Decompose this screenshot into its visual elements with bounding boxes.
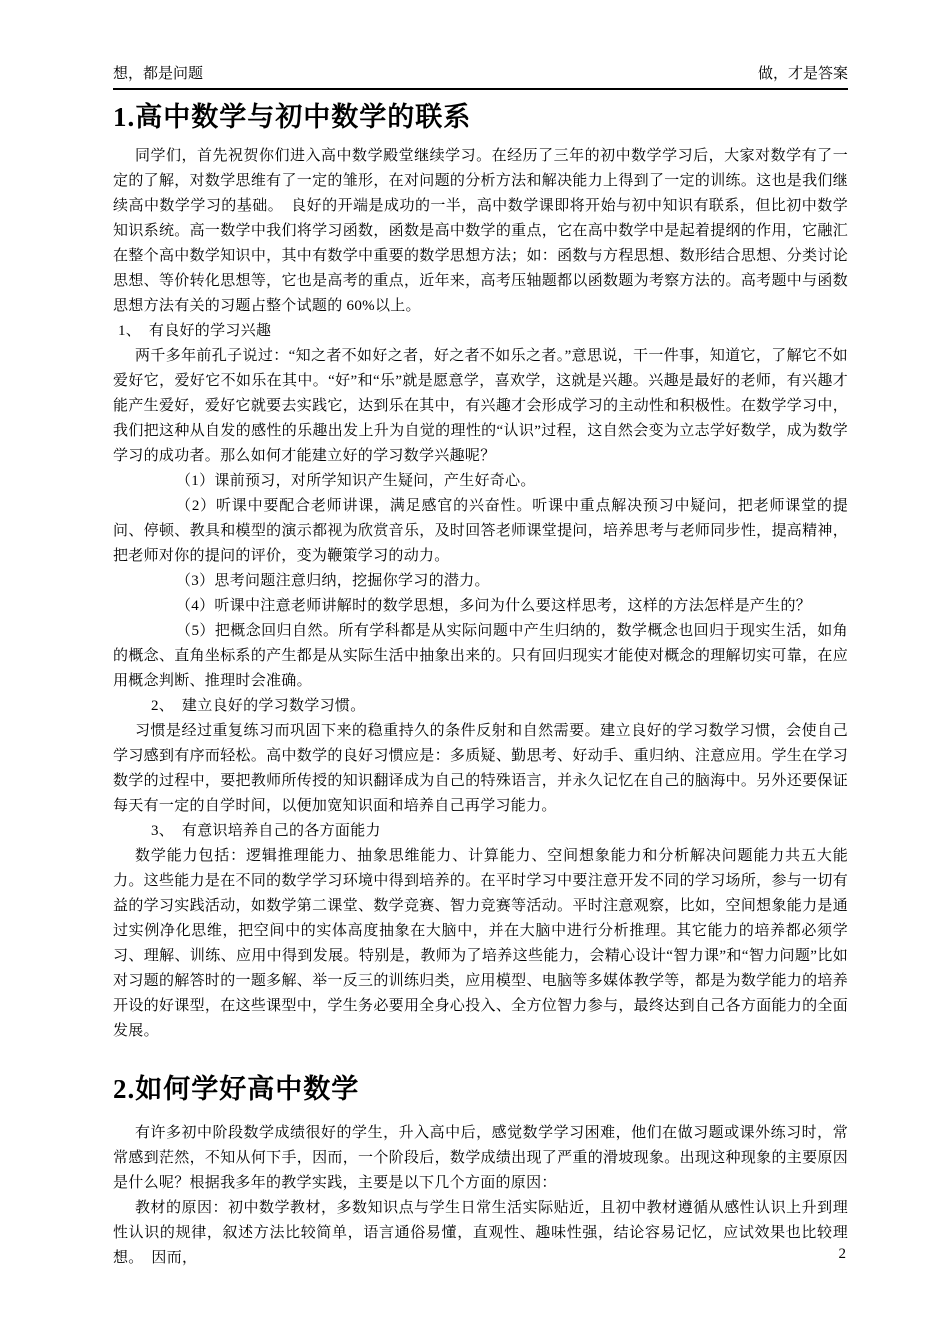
section-1-heading: 1.高中数学与初中数学的联系: [113, 100, 848, 134]
paragraph: 两千多年前孔子说过：“知之者不如好之者，好之者不如乐之者。”意思说，干一件事，知…: [113, 344, 848, 469]
paragraph: 有许多初中阶段数学成绩很好的学生，升入高中后，感觉数学学习困难，他们在做习题或课…: [113, 1121, 848, 1196]
page-header: 想，都是问题 做，才是答案: [113, 66, 848, 90]
list-item: （2）听课中要配合老师讲课，满足感官的兴奋性。听课中重点解决预习中疑问，把老师课…: [113, 494, 848, 569]
page-number: 2: [839, 1246, 847, 1262]
list-item: （5）把概念回归自然。所有学科都是从实际问题中产生归纳的，数学概念也回归于现实生…: [113, 619, 848, 694]
paragraph: 教材的原因：初中数学教材，多数知识点与学生日常生活实际贴近，且初中教材遵循从感性…: [113, 1196, 848, 1271]
section-2-heading: 2.如何学好高中数学: [113, 1072, 848, 1106]
header-right-text: 做，才是答案: [758, 66, 848, 82]
paragraph: 同学们，首先祝贺你们进入高中数学殿堂继续学习。在经历了三年的初中数学学习后，大家…: [113, 144, 848, 319]
list-item: 1、 有良好的学习兴趣: [113, 319, 848, 344]
list-item: 3、 有意识培养自己的各方面能力: [113, 819, 848, 844]
list-item: （1）课前预习，对所学知识产生疑问，产生好奇心。: [113, 469, 848, 494]
list-item: 2、 建立良好的学习数学习惯。: [113, 694, 848, 719]
header-left-text: 想，都是问题: [113, 66, 203, 82]
page-content: 想，都是问题 做，才是答案 1.高中数学与初中数学的联系 同学们，首先祝贺你们进…: [113, 0, 848, 1271]
document-page: 想，都是问题 做，才是答案 1.高中数学与初中数学的联系 同学们，首先祝贺你们进…: [0, 0, 950, 1344]
list-item: （4）听课中注意老师讲解时的数学思想，多问为什么要这样思考，这样的方法怎样是产生…: [113, 594, 848, 619]
paragraph: 数学能力包括：逻辑推理能力、抽象思维能力、计算能力、空间想象能力和分析解决问题能…: [113, 844, 848, 1044]
list-item: （3）思考问题注意归纳，挖掘你学习的潜力。: [113, 569, 848, 594]
paragraph: 习惯是经过重复练习而巩固下来的稳重持久的条件反射和自然需要。建立良好的学习数学习…: [113, 719, 848, 819]
